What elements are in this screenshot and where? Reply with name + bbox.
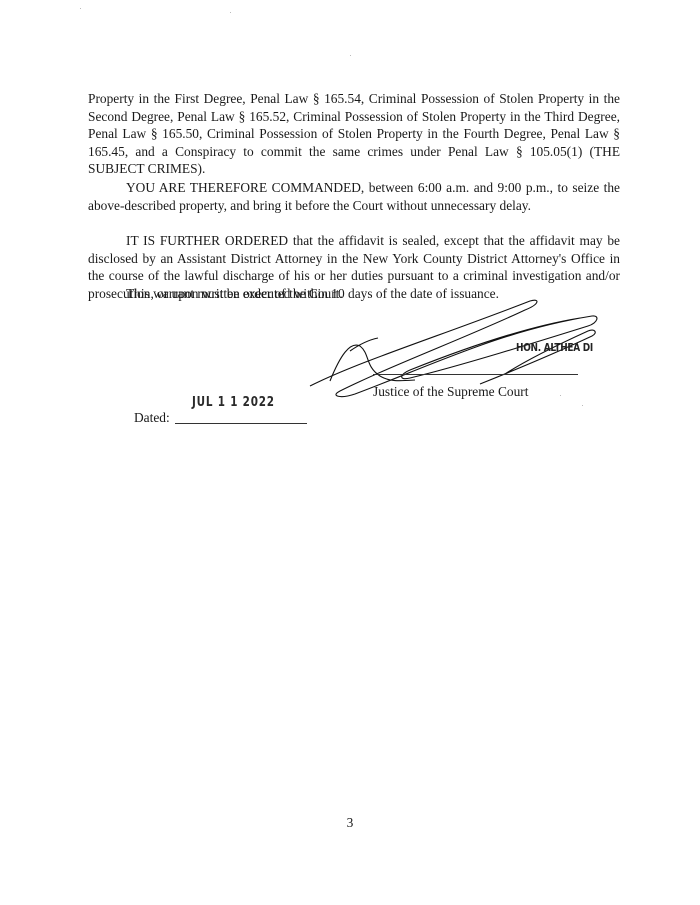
date-stamp: JUL 1 1 2022 bbox=[192, 395, 275, 410]
dated-label: Dated: bbox=[134, 410, 170, 426]
scan-speck bbox=[80, 8, 81, 9]
scan-speck bbox=[230, 12, 231, 13]
scan-speck bbox=[560, 395, 561, 396]
dated-line bbox=[175, 423, 307, 424]
paragraph-commanded: YOU ARE THEREFORE COMMANDED, between 6:0… bbox=[88, 179, 620, 214]
scan-speck bbox=[350, 55, 351, 56]
signature-title: Justice of the Supreme Court bbox=[373, 384, 528, 400]
document-page: Property in the First Degree, Penal Law … bbox=[0, 0, 700, 905]
judge-name-stamp: HON. ALTHEA DI bbox=[516, 342, 593, 354]
signature-line bbox=[373, 374, 578, 375]
page-number: 3 bbox=[0, 815, 700, 831]
scan-speck bbox=[582, 405, 583, 406]
paragraph-subject-crimes: Property in the First Degree, Penal Law … bbox=[88, 90, 620, 178]
